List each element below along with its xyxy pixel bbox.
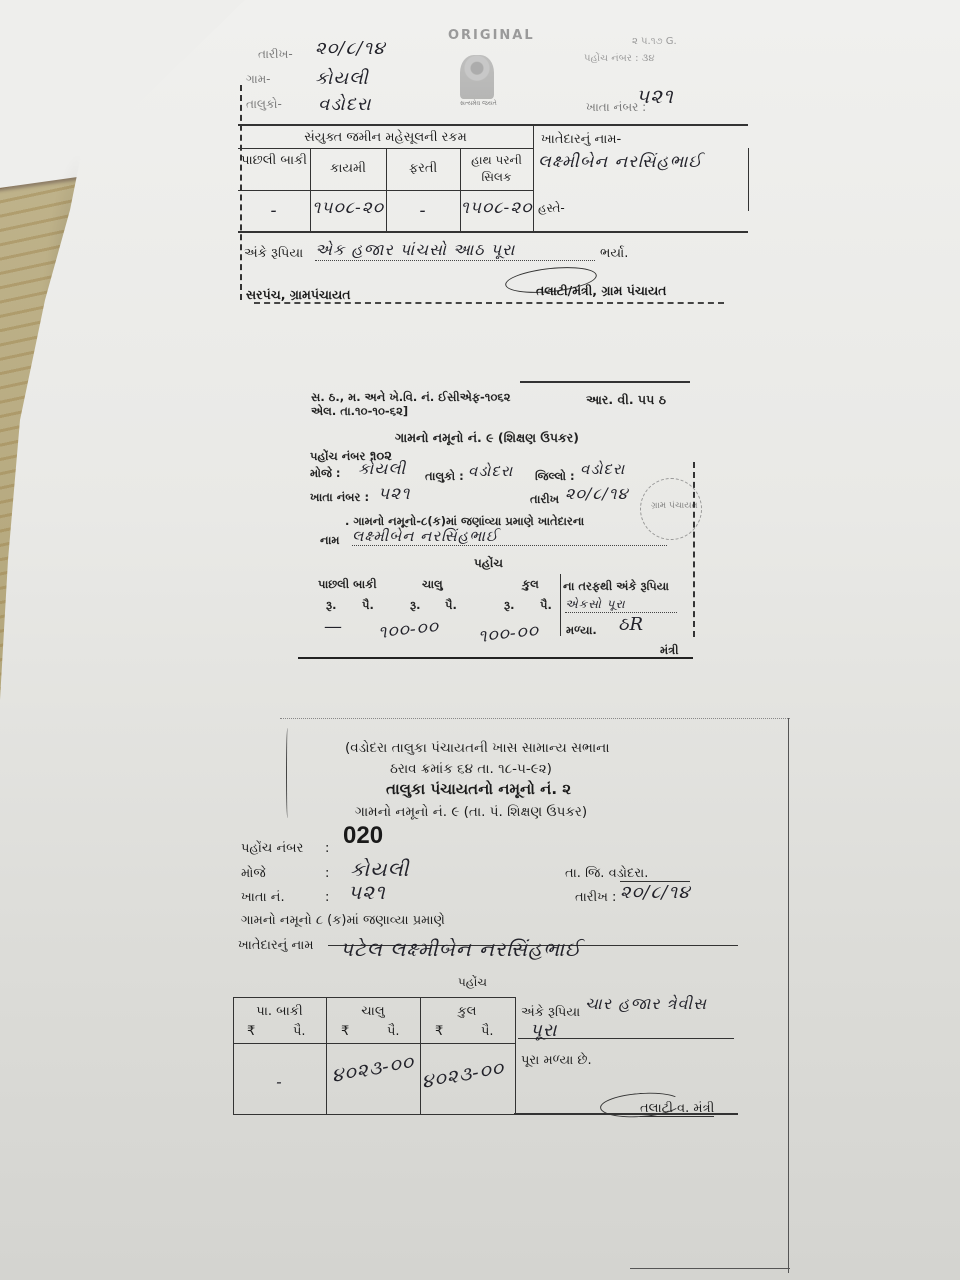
col-total: કુલ	[420, 1003, 514, 1020]
secretary-signature: ઠR	[618, 614, 644, 635]
land-revenue-table: સંયુક્ત જમીન મહેસૂલની રકમ પાછલી બાકી કાય…	[238, 124, 748, 233]
frame-bottom	[630, 1268, 790, 1269]
date-label: તારીખ-	[258, 47, 293, 62]
holder-name-label: ખાતેદારનું નામ-	[541, 131, 621, 148]
col-header-previous-balance: પાછલી બાકી	[238, 152, 310, 169]
value-previous-balance: —	[324, 616, 343, 637]
value-current: ૧૦૦-૦૦	[377, 617, 440, 643]
watermark-original: ORIGINAL	[448, 28, 535, 43]
subcol-paise: પૈ.	[445, 598, 457, 613]
reference-line-1: સ. ઠ., મ. અને ખે.વિ. નં. ઈસીએફ-૧૦૬૨	[311, 390, 511, 405]
col-current: ચાલુ	[326, 1003, 420, 1020]
colon: :	[325, 841, 329, 856]
village-value: કોયલી	[315, 68, 369, 89]
amount-words-label: અંકે રૂપિયા	[244, 246, 303, 261]
account-no-label: ખાતા નં.	[241, 890, 285, 905]
name-label: નામ	[320, 533, 340, 548]
col-total: કુલ	[522, 577, 539, 592]
district-label: જિલ્લો :	[535, 469, 575, 484]
bracket-mark	[286, 728, 289, 818]
resolution-line-2: ઠરાવ ક્રમાંક ૬૪ તા. ૧૮-૫-૯૨)	[390, 761, 552, 777]
taluka-district: તા. જિ. વડોદરા.	[565, 866, 648, 881]
receipt-no-value: 020	[343, 822, 383, 850]
village-value: કોયલી	[350, 857, 409, 881]
taluka-value: વડોદરા	[318, 94, 371, 115]
receipt-heading: પહોંચ	[458, 975, 487, 990]
cut-line	[254, 302, 724, 304]
subcol-paise: પૈ.	[481, 1023, 494, 1040]
value-variable: -	[386, 202, 460, 219]
amount-words-value: ચાર હજાર ત્રેવીસ	[585, 994, 707, 1014]
col-header-variable: ફરતી	[386, 160, 460, 177]
name-value: લક્ષ્મીબેન નરસિંહભાઈ	[352, 527, 667, 546]
frame-right	[788, 718, 789, 1273]
received-label: પૂરા મળ્યા છે.	[521, 1053, 592, 1068]
resolution-line-1: (વડોદરા તાલુકા પંચાયતની ખાસ સામાન્ય સભાન…	[345, 740, 610, 756]
colon: :	[325, 866, 329, 881]
village-label: મોજે :	[310, 466, 340, 481]
bottom-rule	[298, 657, 693, 659]
divider	[560, 574, 561, 636]
subcol-rupees: રૂ.	[410, 598, 421, 613]
value-previous-balance: -	[233, 1073, 326, 1090]
district-value: વડોદરા	[580, 460, 625, 478]
top-rule	[520, 381, 690, 383]
date-label: તારીખ :	[575, 890, 616, 905]
form-title: ગામનો નમૂનો નં. ૯ (શિક્ષણ ઉપકર)	[395, 430, 579, 446]
subcol-rupees: ₹	[435, 1023, 443, 1040]
receipt-no-label: પહોંચ નંબર	[241, 841, 303, 856]
subcol-rupees: ₹	[341, 1023, 349, 1040]
reference-line-2: એલ. તા.૧૦-૧૦-૬૨]	[311, 404, 408, 419]
date-value: ૨૦/૮/૧૪	[565, 484, 628, 504]
holder-name-label: ખાતેદારનું નામ	[238, 938, 314, 953]
statement: ગામનો નમૂનો ૮ (ક)માં જણાવ્યા પ્રમાણે	[241, 913, 445, 928]
paid-label: ભર્યા.	[600, 246, 628, 261]
table-group-header: સંયુક્ત જમીન મહેસૂલની રકમ	[238, 129, 533, 146]
form-title: તાલુકા પંચાયતનો નમૂનો નં. ૨	[386, 780, 571, 798]
form-code: આર. વી. ૫૫ ઠ	[586, 392, 666, 408]
dashed-border	[693, 462, 695, 637]
frame-top	[280, 718, 790, 719]
subcol-rupees: રૂ.	[326, 598, 337, 613]
account-no-label: ખાતા નંબર :	[310, 490, 369, 505]
signatory: તલાટી વ. મંત્રી	[640, 1101, 714, 1117]
amount-words-value: એક હજાર પાંચસો આઠ પૂરા	[315, 240, 595, 261]
faint-form-code: ૨ પ.૧૭ G.	[632, 36, 677, 47]
account-no-value: ૫૨૧	[348, 880, 386, 904]
amount-words-value-2: પૂરા	[530, 1020, 557, 1041]
value-previous-balance: -	[238, 202, 310, 219]
village-value: કોયલી	[358, 459, 406, 479]
subcol-paise: પૈ.	[387, 1023, 400, 1040]
faint-receipt-no: પહોંચ નંબર : ૩૪	[584, 53, 655, 64]
subcol-rupees: રૂ.	[504, 598, 515, 613]
received-label: મળ્યા.	[566, 623, 597, 638]
subcol-paise: પૈ.	[362, 598, 374, 613]
receipt-heading: પહોંચ	[474, 556, 503, 571]
value-balance-in-hand: ૧૫૦૮-૨૦	[460, 200, 533, 217]
side-amount: એકસો પૂરા	[565, 597, 677, 613]
value-permanent: ૧૫૦૮-૨૦	[310, 200, 386, 217]
col-previous-balance: પા. બાકી	[233, 1003, 326, 1020]
account-no-value: ૫૨૧	[636, 84, 674, 108]
national-emblem-icon	[460, 55, 494, 99]
col-header-balance-in-hand: હાથ પરની સિલક	[460, 152, 533, 186]
col-current: ચાલુ	[422, 577, 443, 592]
subcol-rupees: ₹	[247, 1023, 255, 1040]
holder-name-value: લક્ષ્મીબેન નરસિંહભાઈ	[538, 154, 703, 171]
village-label: ગામ-	[246, 72, 271, 87]
by-hand-label: હસ્તે-	[538, 200, 565, 217]
side-text: ના તરફથી અંકે રૂપિયા	[563, 579, 669, 594]
col-previous-balance: પાછલી બાકી	[318, 577, 377, 592]
emblem-caption: સત્યમેવ જયતે	[460, 100, 497, 108]
taluka-label: તાલુકો :	[425, 469, 464, 484]
taluka-label: તાલુકો-	[246, 97, 282, 112]
date-label: તારીખ	[530, 492, 559, 507]
village-label: મોજે	[241, 866, 266, 881]
holder-name-value: પટેલ લક્ષ્મીબેન નરસિંહભાઈ	[340, 937, 582, 961]
secretary-label: મંત્રી	[660, 643, 678, 658]
subcol-paise: પૈ.	[540, 598, 552, 613]
signatory-talati: તલાટી/મંત્રી, ગ્રામ પંચાયત	[536, 283, 666, 299]
date-value: ૨૦/૮/૧૪	[620, 881, 690, 903]
date-value: ૨૦/૮/૧૪	[315, 38, 385, 59]
form-subtitle: ગામનો નમૂનો નં. ૯ (તા. પં. શિક્ષણ ઉપકર)	[355, 804, 587, 820]
colon: :	[325, 890, 329, 905]
document-page: ORIGINAL ૨ પ.૧૭ G. પહોંચ નંબર : ૩૪ તારીખ…	[0, 0, 960, 1280]
taluka-value: વડોદરા	[468, 462, 513, 480]
value-total: ૧૦૦-૦૦	[477, 621, 540, 647]
amount-words-label: અંકે રૂપિયા	[521, 1005, 580, 1020]
signatory-sarpanch: સરપંચ, ગ્રામપંચાયત	[246, 287, 351, 303]
account-no-value: ૫૨૧	[378, 484, 410, 504]
subcol-paise: પૈ.	[293, 1023, 306, 1040]
col-header-permanent: કાયમી	[310, 160, 386, 177]
